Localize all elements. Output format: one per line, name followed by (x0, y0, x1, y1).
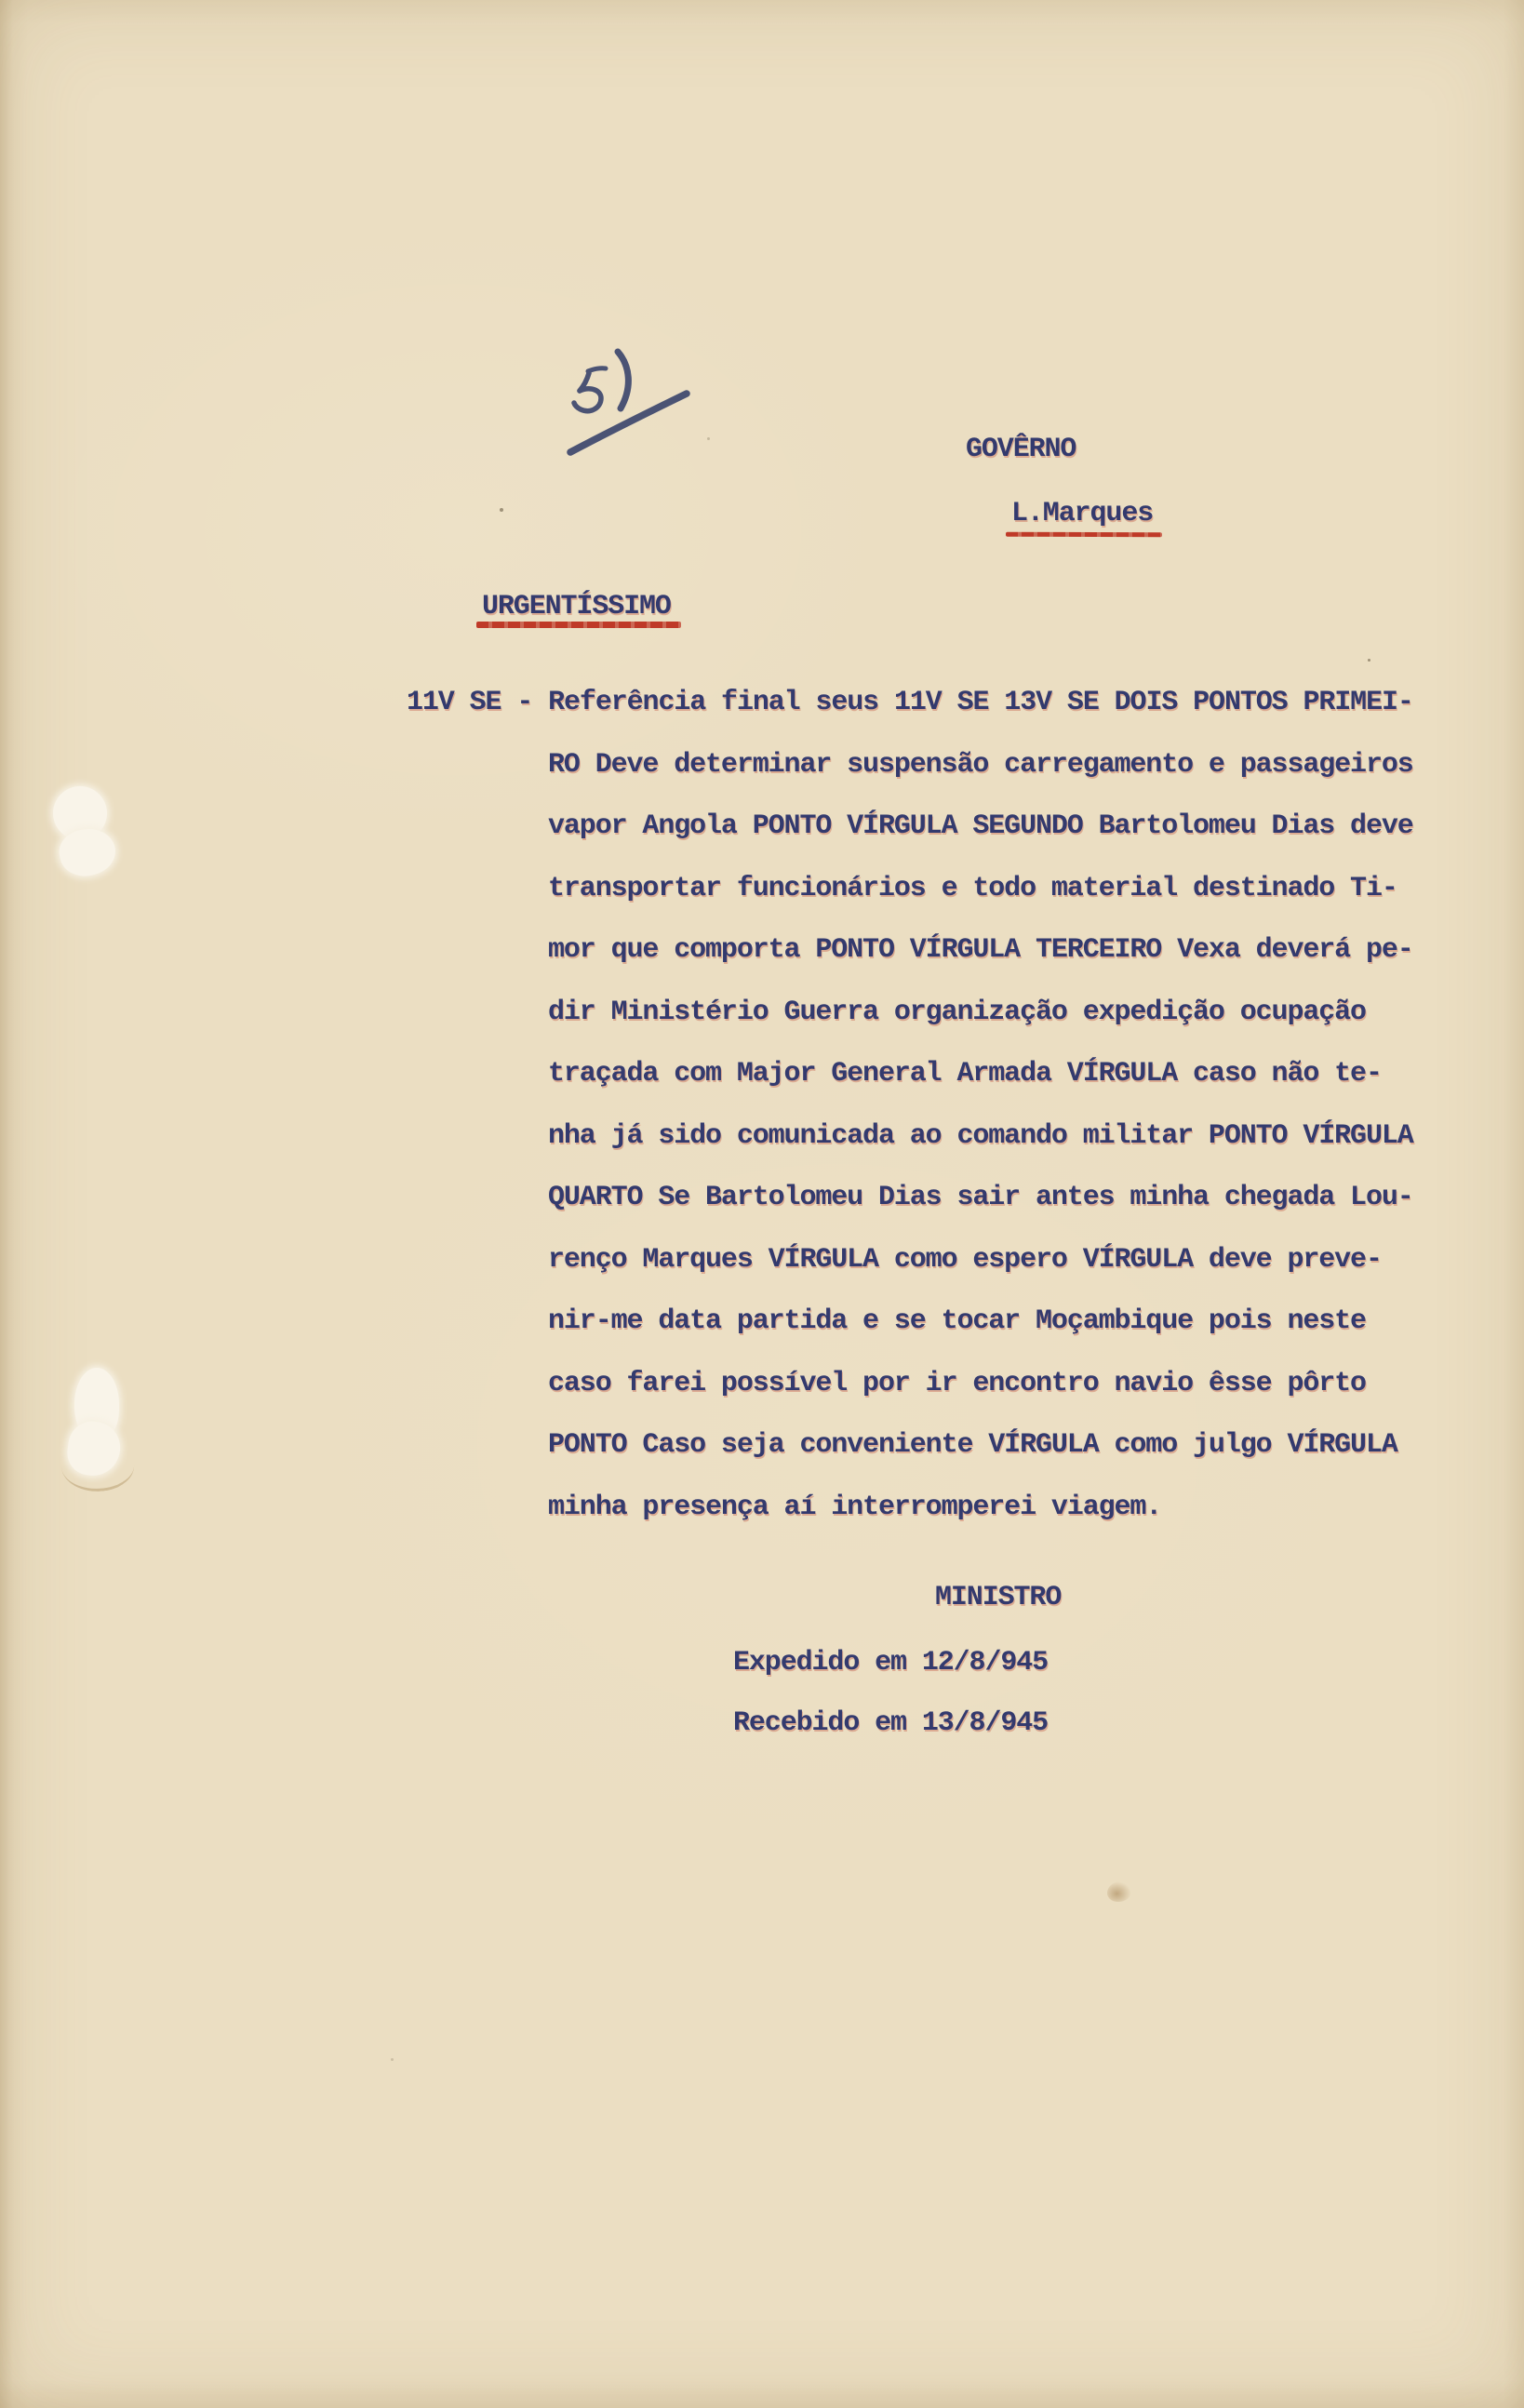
body-line: 11V SE - Referência final seus 11V SE 13… (407, 689, 1413, 716)
paper-damage-outline (59, 1437, 136, 1495)
body-line: renço Marques VÍRGULA como espero VÍRGUL… (548, 1246, 1382, 1274)
paper-stain (1107, 1881, 1131, 1902)
telegram-document-page: GOVÊRNO L.Marques URGENTÍSSIMO 11V SE - … (0, 0, 1524, 2408)
body-line: traçada com Major General Armada VÍRGULA… (548, 1060, 1382, 1088)
body-line: PONTO Caso seja conveniente VÍRGULA como… (548, 1431, 1397, 1459)
ink-speck (1368, 659, 1370, 662)
body-line: dir Ministério Guerra organização expedi… (548, 998, 1366, 1026)
priority-label: URGENTÍSSIMO (482, 593, 671, 621)
header-governo: GOVÊRNO (966, 435, 1076, 463)
body-line: RO Deve determinar suspensão carregament… (548, 751, 1413, 779)
body-line: nir-me data partida e se tocar Moçambiqu… (548, 1307, 1366, 1335)
ink-speck (391, 2058, 394, 2061)
body-line: minha presença aí interromperei viagem. (548, 1493, 1161, 1521)
signature-ministro: MINISTRO (935, 1584, 1061, 1612)
body-line: nha já sido comunicada ao comando milita… (548, 1122, 1413, 1150)
body-line: vapor Angola PONTO VÍRGULA SEGUNDO Barto… (548, 812, 1413, 840)
received-date-line: Recebido em 13/8/945 (733, 1709, 1048, 1737)
priority-underline (476, 622, 681, 628)
lmarques-underline (1006, 532, 1162, 538)
sent-date-line: Expedido em 12/8/945 (733, 1649, 1048, 1677)
body-line: caso farei possível por ir encontro navi… (548, 1370, 1366, 1398)
ink-speck (707, 437, 710, 440)
body-line: transportar funcionários e todo material… (548, 875, 1397, 903)
ink-speck (500, 508, 503, 512)
body-line: mor que comporta PONTO VÍRGULA TERCEIRO … (548, 936, 1413, 964)
header-lmarques: L.Marques (1011, 500, 1153, 528)
handwritten-page-number (553, 341, 702, 466)
body-line: QUARTO Se Bartolomeu Dias sair antes min… (548, 1184, 1413, 1211)
